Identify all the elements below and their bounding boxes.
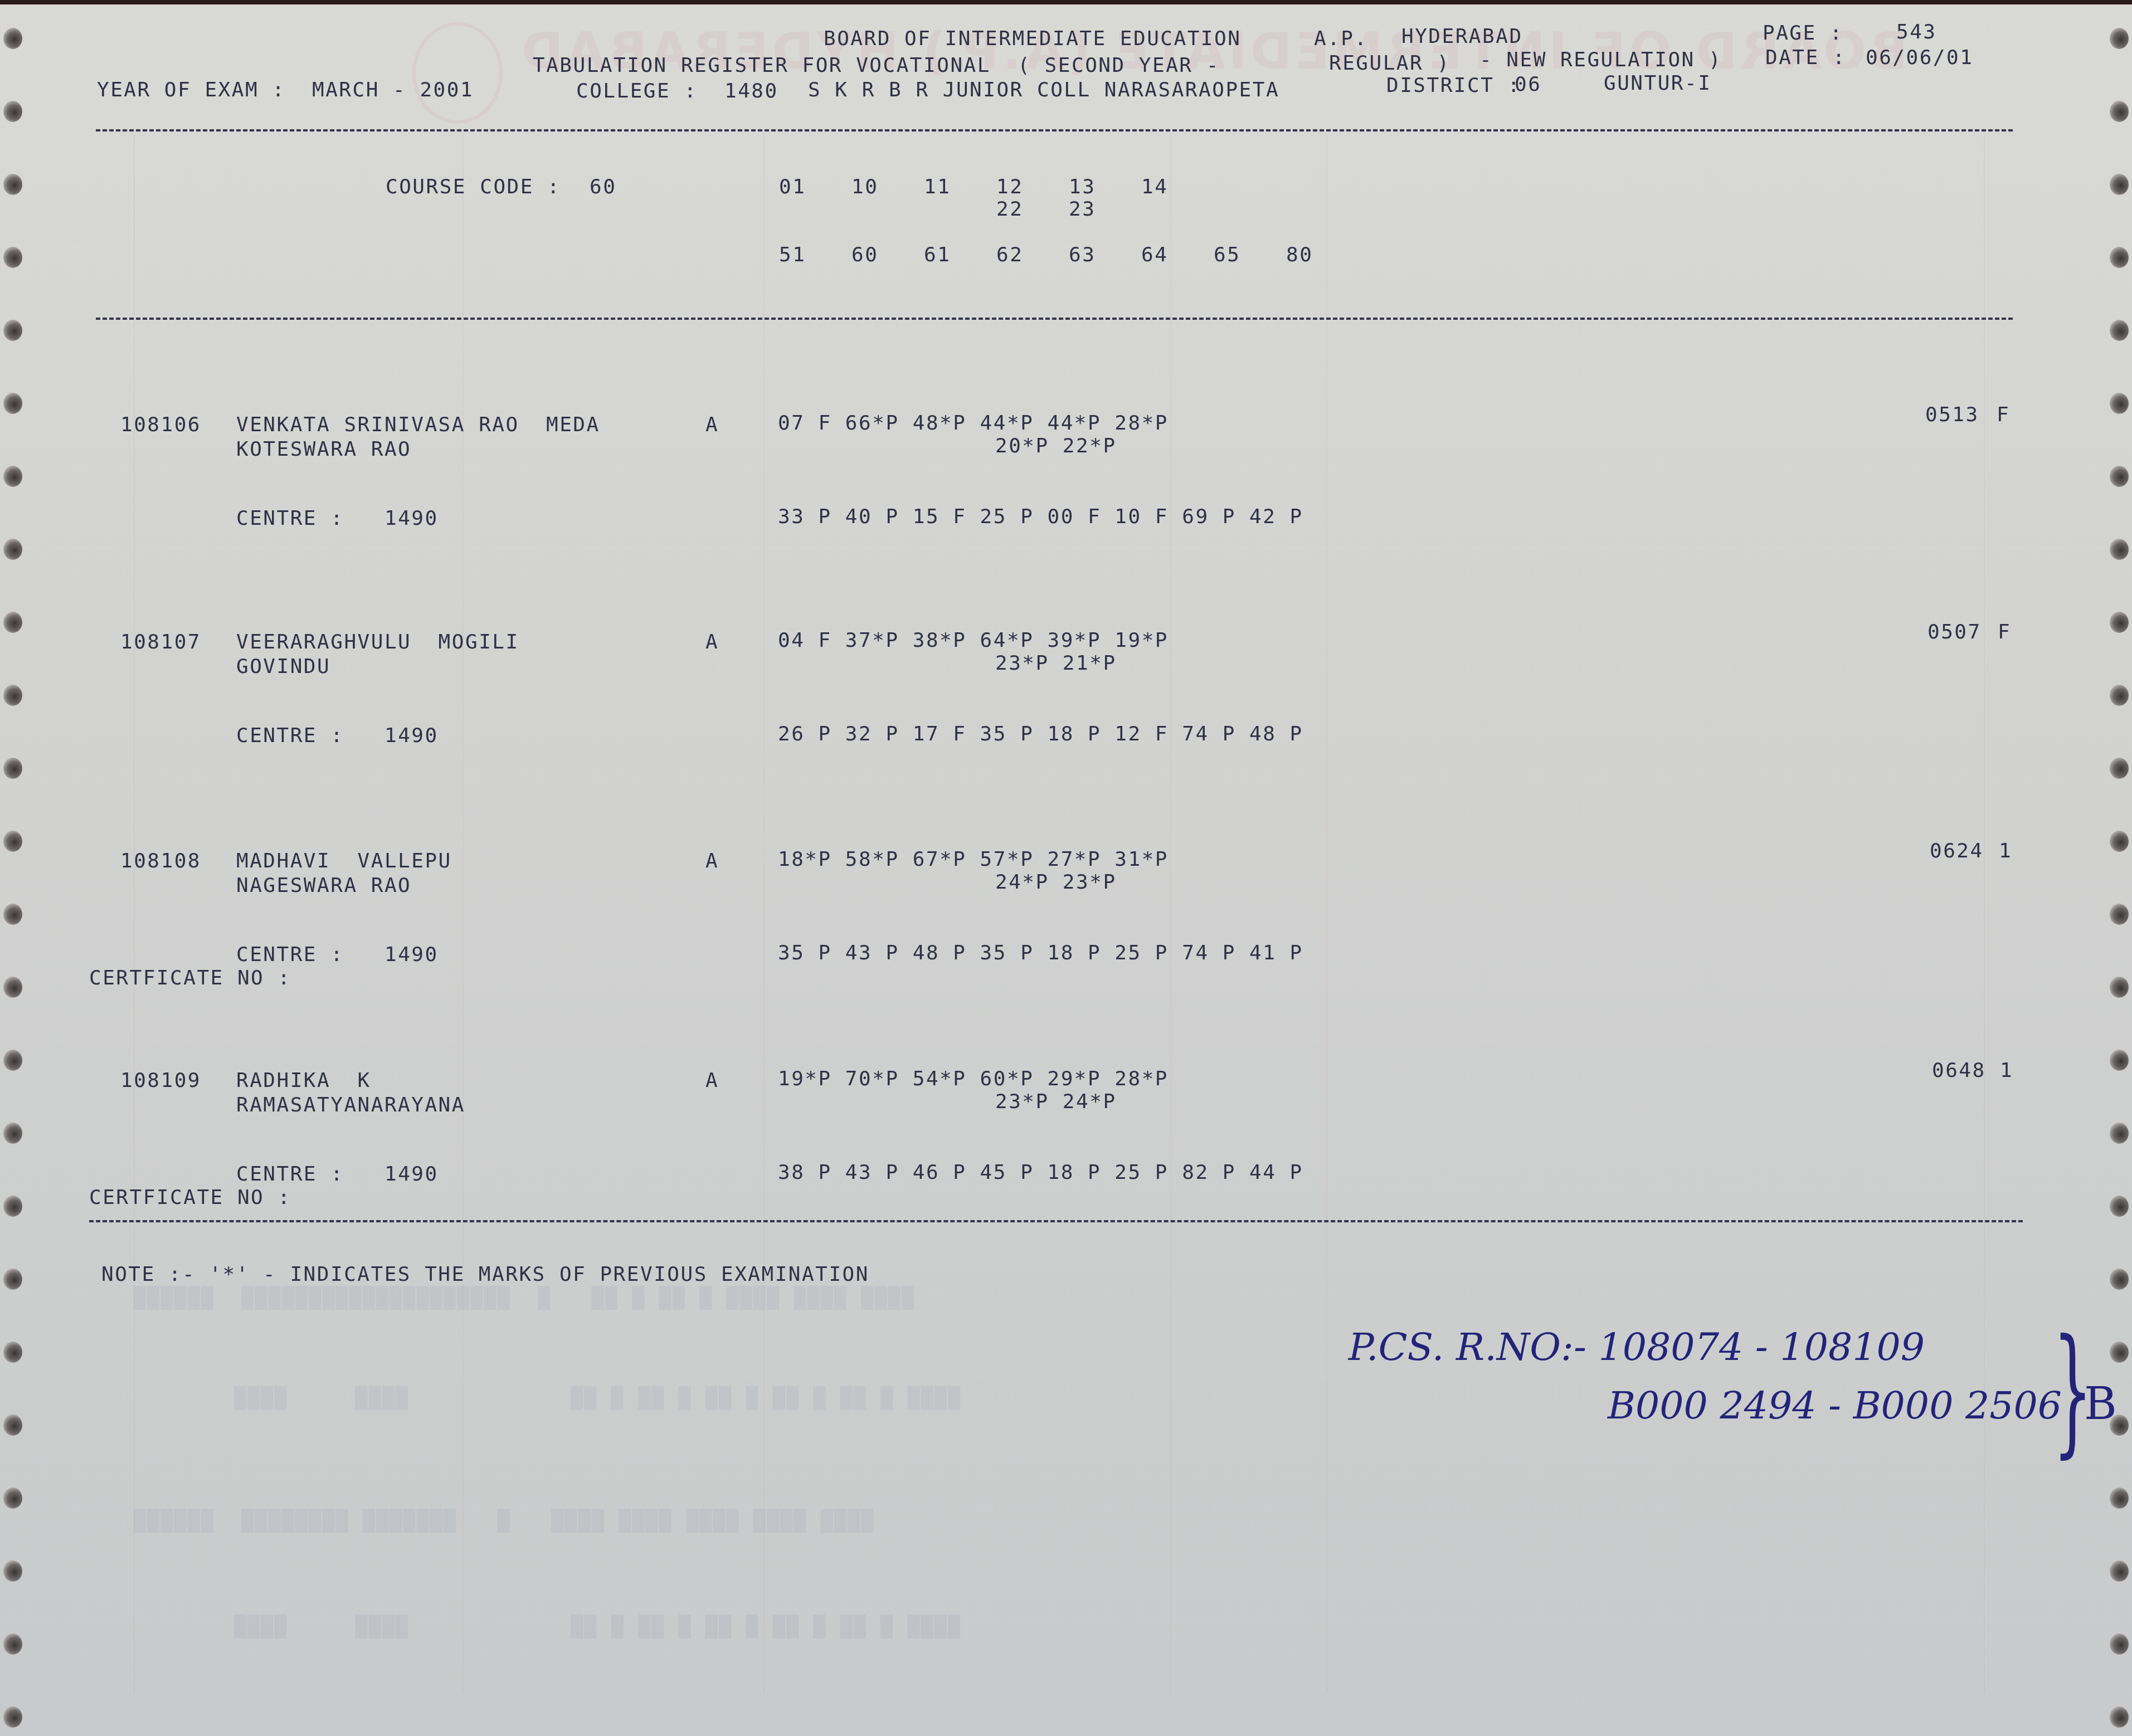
handwritten-certificate-range: B000 2494 - B000 2506 [1608, 1387, 2062, 1425]
register-title: TABULATION REGISTER FOR VOCATIONAL ( SEC… [533, 56, 1220, 76]
centre-code: 1490 [384, 726, 439, 746]
sprocket-hole [3, 1415, 22, 1436]
subject-code: 13 [1069, 177, 1096, 197]
form-rule [134, 134, 135, 1694]
sprocket-hole [2110, 1633, 2129, 1655]
result-code: F [1998, 622, 2011, 642]
sprocket-hole [3, 247, 22, 268]
sprocket-hole [3, 612, 22, 633]
subject-code: 12 [996, 177, 1023, 197]
sprocket-hole [3, 1342, 22, 1363]
tabulation-register-sheet: BOARD OF INTERMEDIATE (A.P.) HYDERABAD B… [0, 0, 2132, 1736]
sprocket-hole [2110, 1123, 2129, 1144]
sprocket-hole [2110, 612, 2129, 633]
centre-label: CENTRE : [236, 945, 344, 965]
sprocket-hole [3, 1196, 22, 1217]
total-marks: 0507 [1927, 622, 1982, 642]
centre-code: 1490 [384, 1164, 439, 1184]
sprocket-hole [3, 466, 22, 487]
sprocket-hole [2110, 1706, 2129, 1728]
footnote: NOTE :- '*' - INDICATES THE MARKS OF PRE… [101, 1265, 869, 1285]
district-code: 06 [1515, 75, 1541, 95]
sprocket-hole [2110, 174, 2129, 195]
centre-label: CENTRE : [236, 509, 344, 529]
subject-code: 14 [1141, 177, 1168, 197]
parent-name: KOTESWARA RAO [236, 440, 411, 460]
sprocket-hole [3, 1488, 22, 1509]
sprocket-hole [2110, 831, 2129, 852]
marks-first-year-sub: 20*P 22*P [995, 436, 1117, 456]
centre-code: 1490 [384, 945, 439, 965]
student-name: MADHAVI VALLEPU [236, 851, 452, 871]
separator-line [96, 129, 2013, 131]
subject-code: 11 [924, 177, 951, 197]
sprocket-hole [2110, 28, 2129, 49]
subject-code: 65 [1214, 245, 1240, 265]
sprocket-hole [3, 758, 22, 779]
subject-code: 80 [1286, 245, 1313, 265]
marks-second-year: 38 P 43 P 46 P 45 P 18 P 25 P 82 P 44 P [778, 1163, 1303, 1183]
sprocket-hole [2110, 904, 2129, 925]
handwritten-roll-range: P.CS. R.NO:- 108074 - 108109 [1349, 1329, 1925, 1367]
district-label: DISTRICT : [1386, 76, 1521, 96]
subject-code: 01 [779, 177, 806, 197]
certificate-number-label: CERTFICATE NO : [89, 1188, 291, 1208]
marks-first-year-sub: 23*P 21*P [995, 654, 1117, 674]
marks-second-year: 35 P 43 P 48 P 35 P 18 P 25 P 74 P 41 P [778, 943, 1303, 963]
sprocket-hole [3, 1269, 22, 1290]
sprocket-hole [3, 101, 22, 122]
medium: A [705, 415, 719, 435]
student-name: VEERARAGHVULU MOGILI [236, 632, 519, 652]
college-code: 1480 [724, 81, 778, 101]
sprocket-hole [3, 685, 22, 706]
certificate-number-label: CERTFICATE NO : [89, 968, 291, 988]
subject-code: 60 [851, 245, 878, 265]
college-name: S K R B R JUNIOR COLL NARASARAOPETA [808, 80, 1279, 100]
separator-line [89, 1220, 2023, 1222]
sprocket-hole [3, 28, 22, 49]
total-marks: 0648 [1932, 1061, 1986, 1081]
sprocket-hole [2110, 101, 2129, 122]
parent-name: RAMASATYANARAYANA [236, 1095, 465, 1115]
sprocket-holes-right [2110, 0, 2132, 1736]
sprocket-hole [2110, 1342, 2129, 1363]
sprocket-hole [2110, 1269, 2129, 1290]
sprocket-hole [3, 393, 22, 414]
subject-code: 62 [996, 245, 1023, 265]
sprocket-hole [3, 1633, 22, 1655]
district-name: GUNTUR-I [1604, 74, 1711, 94]
result-code: 1 [2000, 1061, 2013, 1081]
subject-code: 51 [779, 245, 806, 265]
register-type: REGULAR ) [1329, 53, 1450, 74]
hall-ticket-number: 108106 [120, 415, 201, 435]
sprocket-hole [2110, 320, 2129, 341]
marks-first-year: 18*P 58*P 67*P 57*P 27*P 31*P [778, 850, 1169, 870]
sprocket-hole [3, 977, 22, 998]
subject-code: 64 [1141, 245, 1168, 265]
separator-line [96, 318, 2013, 320]
total-marks: 0624 [1930, 841, 1984, 861]
sprocket-hole [3, 904, 22, 925]
marks-second-year: 33 P 40 P 15 F 25 P 00 F 10 F 69 P 42 P [778, 507, 1303, 527]
sprocket-hole [3, 539, 22, 560]
student-name: VENKATA SRINIVASA RAO MEDA [236, 415, 600, 435]
subject-code: 61 [924, 245, 951, 265]
date-label: DATE : [1765, 48, 1846, 68]
subject-code: 63 [1069, 245, 1096, 265]
form-rule [1984, 134, 1985, 1694]
sprocket-hole [3, 174, 22, 195]
year-of-exam-value: MARCH - 2001 [312, 80, 474, 100]
form-rule [763, 134, 765, 1694]
sprocket-hole [2110, 1196, 2129, 1217]
parent-name: NAGESWARA RAO [236, 876, 411, 896]
sprocket-hole [2110, 1561, 2129, 1582]
sprocket-hole [2110, 1050, 2129, 1071]
year-of-exam-label: YEAR OF EXAM : [97, 80, 285, 100]
sprocket-hole [3, 1050, 22, 1071]
hall-ticket-number: 108109 [120, 1071, 201, 1091]
form-rule [463, 134, 464, 1694]
sprocket-hole [3, 320, 22, 341]
centre-label: CENTRE : [236, 1164, 344, 1184]
page-number: 543 [1896, 22, 1937, 42]
centre-code: 1490 [384, 509, 439, 529]
medium: A [705, 1071, 719, 1091]
subject-code: 22 [996, 199, 1023, 220]
marks-first-year: 19*P 70*P 54*P 60*P 29*P 28*P [778, 1069, 1169, 1089]
board-name: BOARD OF INTERMEDIATE EDUCATION [824, 29, 1241, 49]
handwritten-mark: B [2084, 1382, 2117, 1426]
sprocket-hole [3, 1561, 22, 1582]
watermark-seal [412, 22, 503, 124]
course-code: 60 [590, 177, 616, 197]
top-edge [0, 0, 2132, 4]
subject-code: 10 [851, 177, 878, 197]
marks-first-year-sub: 23*P 24*P [995, 1092, 1117, 1112]
sprocket-hole [2110, 977, 2129, 998]
sprocket-hole [2110, 758, 2129, 779]
medium: A [705, 851, 719, 871]
college-label: COLLEGE : [576, 81, 698, 101]
sprocket-hole [2110, 393, 2129, 414]
course-code-label: COURSE CODE : [386, 177, 561, 197]
form-rule [1170, 134, 1171, 1694]
centre-label: CENTRE : [236, 726, 344, 746]
sprocket-holes-left [0, 0, 22, 1736]
sprocket-hole [3, 1123, 22, 1144]
regulation: - NEW REGULATION ) [1479, 50, 1722, 70]
date-value: 06/06/01 [1866, 48, 1973, 68]
sprocket-hole [2110, 1488, 2129, 1509]
result-code: 1 [1999, 841, 2012, 861]
student-name: RADHIKA K [236, 1071, 371, 1091]
marks-first-year-sub: 24*P 23*P [995, 872, 1117, 893]
city: HYDERABAD [1401, 27, 1523, 47]
hall-ticket-number: 108107 [120, 632, 201, 652]
medium: A [705, 632, 719, 652]
form-rule [1326, 134, 1327, 1694]
page-label: PAGE : [1763, 23, 1843, 43]
marks-first-year: 04 F 37*P 38*P 64*P 39*P 19*P [778, 631, 1169, 651]
sprocket-hole [2110, 685, 2129, 706]
result-code: F [1997, 405, 2010, 425]
state: A.P. [1314, 29, 1368, 49]
sprocket-hole [2110, 247, 2129, 268]
marks-second-year: 26 P 32 P 17 F 35 P 18 P 12 F 74 P 48 P [778, 724, 1303, 744]
sprocket-hole [3, 1706, 22, 1728]
subject-code: 23 [1069, 199, 1096, 220]
marks-first-year: 07 F 66*P 48*P 44*P 44*P 28*P [778, 413, 1169, 433]
total-marks: 0513 [1925, 405, 1979, 425]
sprocket-hole [2110, 466, 2129, 487]
parent-name: GOVINDU [236, 657, 330, 677]
sprocket-hole [3, 831, 22, 852]
hall-ticket-number: 108108 [120, 851, 201, 871]
sprocket-hole [2110, 539, 2129, 560]
